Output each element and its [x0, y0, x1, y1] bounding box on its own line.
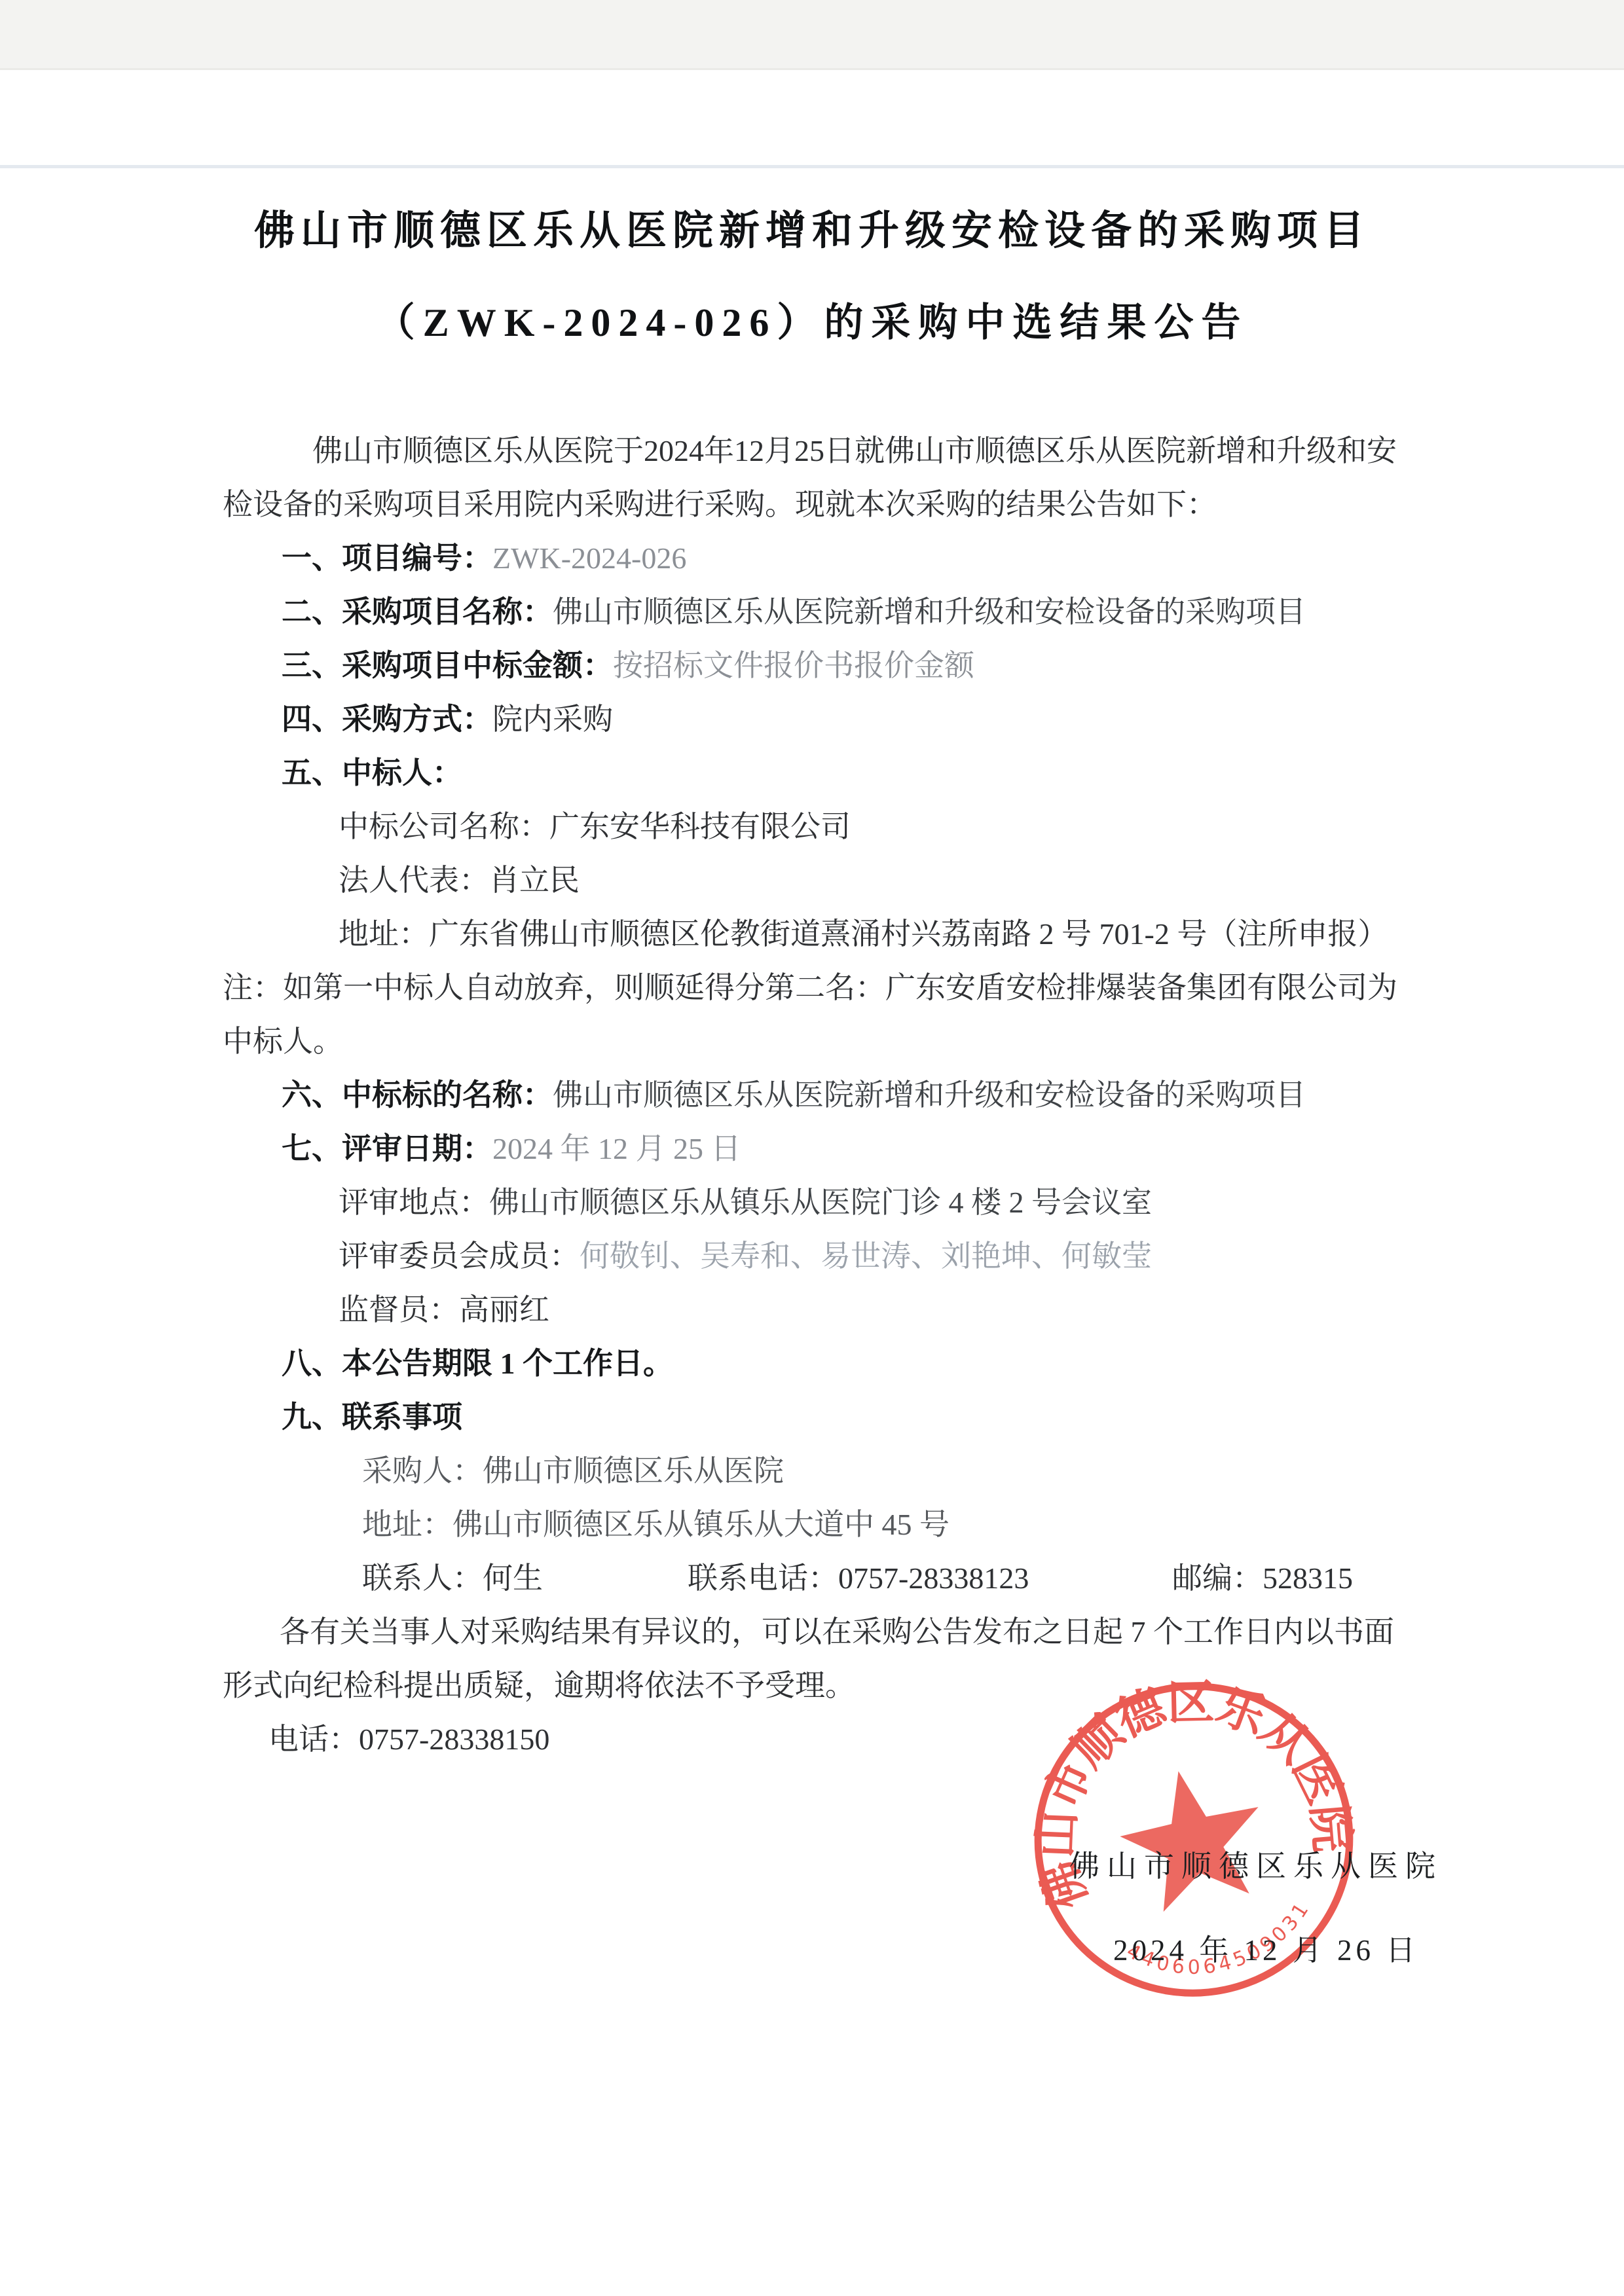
field-label: 中标公司名称：: [339, 810, 549, 843]
contact-person: 联系人：何生: [362, 1552, 543, 1605]
winner-address-line: 地址：广东省佛山市顺德区伦教街道熹涌村兴荔南路 2 号 701-2 号（注所申报…: [223, 907, 1418, 961]
item-award-subject: 六、中标标的名称：佛山市顺德区乐从医院新增和升级和安检设备的采购项目: [223, 1068, 1418, 1122]
scanned-document-page: 佛山市顺德区乐从医院新增和升级安检设备的采购项目 （ZWK-2024-026）的…: [0, 0, 1624, 2296]
intro-paragraph: 佛山市顺德区乐从医院于2024年12月25日就佛山市顺德区乐从医院新增和升级和安…: [223, 424, 1418, 532]
field-label: 地址：: [339, 917, 429, 951]
item-project-name: 二、采购项目名称：佛山市顺德区乐从医院新增和升级和安检设备的采购项目: [223, 585, 1418, 639]
field-value: 高丽红: [459, 1293, 549, 1326]
winner-company-line: 中标公司名称：广东安华科技有限公司: [223, 800, 1418, 854]
title-line-2: （ZWK-2024-026）的采购中选结果公告: [0, 300, 1624, 346]
signature-organization: 佛山市顺德区乐从医院: [1069, 1848, 1462, 1886]
item-label: 四、采购方式：: [282, 702, 492, 736]
field-label: 电话：: [268, 1722, 359, 1756]
item-procurement-method: 四、采购方式：院内采购: [223, 693, 1418, 746]
scan-artifact-line: [0, 165, 1624, 168]
field-value: 肖立民: [489, 864, 580, 897]
item-winner-heading: 五、中标人：: [223, 746, 1418, 800]
field-label: 地址：: [362, 1508, 452, 1541]
item-value: ZWK-2024-026: [492, 541, 686, 575]
item-review-date: 七、评审日期：2024 年 12 月 25 日: [223, 1122, 1418, 1176]
committee-line: 评审委员会成员：何敬钊、吴寿和、易世涛、刘艳坤、何敏莹: [223, 1230, 1418, 1283]
document-body: 佛山市顺德区乐从医院于2024年12月25日就佛山市顺德区乐从医院新增和升级和安…: [223, 424, 1418, 1766]
item-value: 院内采购: [492, 702, 613, 736]
item-value: 佛山市顺德区乐从医院新增和升级和安检设备的采购项目: [553, 1078, 1306, 1112]
purchaser-line: 采购人：佛山市顺德区乐从医院: [223, 1444, 1418, 1498]
legal-rep-line: 法人代表：肖立民: [223, 854, 1418, 907]
supervisor-line: 监督员：高丽红: [223, 1283, 1418, 1337]
field-label: 监督员：: [339, 1293, 459, 1326]
item-value: 2024 年 12 月 25 日: [492, 1132, 741, 1165]
contact-row: 联系人：何生 联系电话：0757-28338123 邮编：528315: [223, 1552, 1418, 1605]
field-value: 佛山市顺德区乐从镇乐从医院门诊 4 楼 2 号会议室: [489, 1186, 1152, 1219]
field-value: 0757-28338150: [359, 1722, 549, 1756]
field-value: 广东省佛山市顺德区伦教街道熹涌村兴荔南路 2 号 701-2 号（注所申报）: [429, 917, 1388, 951]
seal-star-icon: [1109, 1757, 1276, 1918]
item-value: 按招标文件报价书报价金额: [613, 649, 974, 682]
item-announcement-period: 八、本公告期限 1 个工作日。: [223, 1337, 1418, 1391]
field-value: 何敬钊、吴寿和、易世涛、刘艳坤、何敏莹: [580, 1239, 1152, 1273]
scan-artifact-top-band: [0, 0, 1624, 68]
title-line-1: 佛山市顺德区乐从医院新增和升级安检设备的采购项目: [0, 208, 1624, 254]
item-label: 一、项目编号：: [282, 541, 492, 575]
field-label: 采购人：: [362, 1454, 483, 1487]
item-contact-heading: 九、联系事项: [223, 1391, 1418, 1444]
item-project-number: 一、项目编号：ZWK-2024-026: [223, 532, 1418, 585]
contact-phone: 联系电话：0757-28338123: [688, 1552, 1029, 1605]
postcode: 邮编：528315: [1172, 1552, 1353, 1605]
field-value: 佛山市顺德区乐从医院: [483, 1454, 784, 1487]
item-label: 二、采购项目名称：: [282, 595, 553, 629]
field-label: 法人代表：: [339, 864, 489, 897]
document-title: 佛山市顺德区乐从医院新增和升级安检设备的采购项目 （ZWK-2024-026）的…: [0, 208, 1624, 346]
item-label: 三、采购项目中标金额：: [282, 649, 613, 682]
item-label: 七、评审日期：: [282, 1132, 492, 1165]
field-label: 评审地点：: [339, 1186, 489, 1219]
field-value: 广东安华科技有限公司: [549, 810, 851, 843]
field-label: 评审委员会成员：: [339, 1239, 580, 1273]
note-paragraph: 注：如第一中标人自动放弃，则顺延得分第二名：广东安盾安检排爆装备集团有限公司为中…: [223, 961, 1418, 1068]
item-label: 五、中标人：: [282, 756, 462, 790]
field-value: 佛山市顺德区乐从镇乐从大道中 45 号: [452, 1508, 950, 1541]
item-value: 佛山市顺德区乐从医院新增和升级和安检设备的采购项目: [553, 595, 1306, 629]
contact-address-line: 地址：佛山市顺德区乐从镇乐从大道中 45 号: [223, 1498, 1418, 1552]
signature-date: 2024 年 12 月 26 日: [1113, 1931, 1506, 1969]
review-place-line: 评审地点：佛山市顺德区乐从镇乐从医院门诊 4 楼 2 号会议室: [223, 1176, 1418, 1230]
item-label: 六、中标标的名称：: [282, 1078, 553, 1112]
item-award-amount: 三、采购项目中标金额：按招标文件报价书报价金额: [223, 639, 1418, 693]
